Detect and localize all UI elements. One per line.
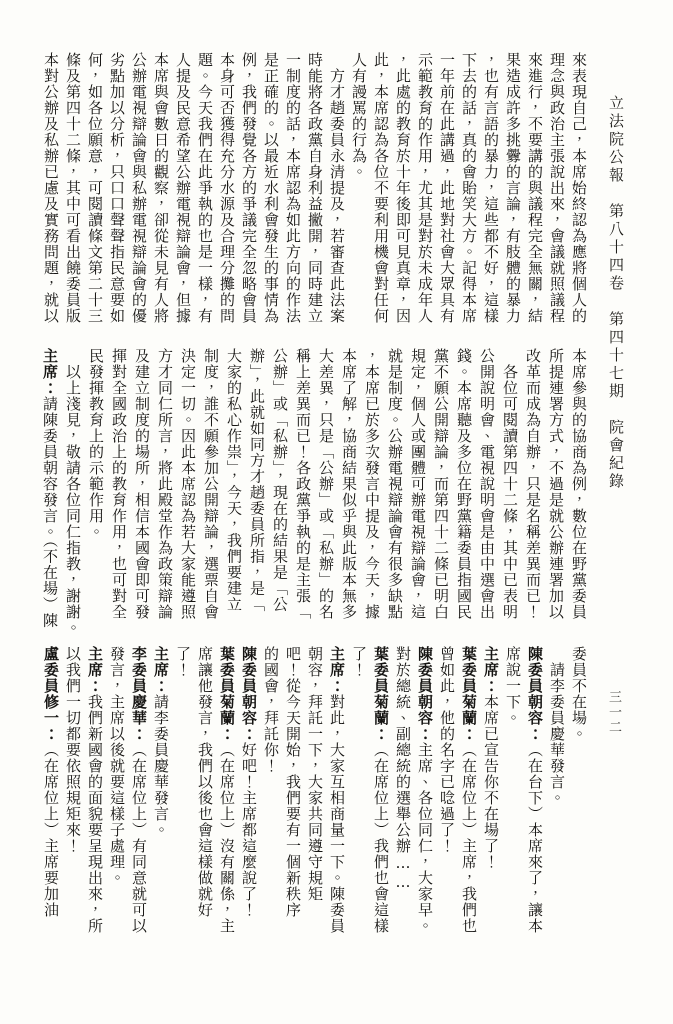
text-column: 主席：對此，大家互相商量一下。陳委員 <box>326 646 348 936</box>
text-column: 改革而成為自辦，只是名稱差異而已！ <box>521 348 544 638</box>
text-column: 下去的話，真的會貽笑大方。記得本席 <box>458 52 480 342</box>
text-column: 此，本席認為各位不要利用機會對任何 <box>370 52 392 342</box>
text-band-bottom: 委員不在場。 請李委員慶華發言。陳委員朝容：（在台下）本席來了，讓本席說一下。主… <box>40 646 590 936</box>
text-column: 一制度的話，本席認為如此方向的作法 <box>282 52 304 342</box>
page-text-content: 來表現自己，本席始終認為應將個人的理念與政治主張說出來，會議就照議程來進行，不要… <box>38 52 590 936</box>
text-column: 來進行，不要講的與議程完全無關，結 <box>524 52 546 342</box>
text-column: 主席：本席已宣告你不在場了！ <box>480 646 502 936</box>
text-column: 的國會，拜託你！ <box>260 646 282 936</box>
text-column: 李委員慶華：（在席位上）有同意就可以 <box>128 646 150 936</box>
text-column: 發言，主席以後就要這樣子處理。 <box>106 646 128 936</box>
text-column: 劣點加以分析，只口口聲聲指民意要如 <box>106 52 128 342</box>
speaker-name: 李委員慶華： <box>130 646 148 742</box>
text-column: 決定一切。因此本席認為若大家能遵照 <box>176 348 199 638</box>
speaker-name: 陳委員朝容： <box>526 646 544 742</box>
text-column: 請李委員慶華發言。 <box>546 646 568 936</box>
text-column: 盧委員修一：（在席位上）主席要加油 <box>40 646 62 936</box>
speaker-name: 主席： <box>328 646 346 694</box>
text-column: 陳委員朝容：好吧！主席都這麼說了！ <box>238 646 260 936</box>
text-column: 席說一下。 <box>502 646 524 936</box>
text-column: 果造成許多挑釁的言論，有肢體的暴力 <box>502 52 524 342</box>
text-column: 一年前在此講過，此地對社會大眾具有 <box>436 52 458 342</box>
text-band-middle: 本席參與的協商為例，數位在野黨委員所提連署方式，不過是就公辦連署加以改革而成為自… <box>38 348 590 638</box>
speaker-name: 葉委員菊蘭： <box>372 646 390 742</box>
text-column: 公開說明會、電視說明會是由中選會出 <box>475 348 498 638</box>
text-column: 理念與政治主張說出來，會議就照議程 <box>546 52 568 342</box>
text-column: 各位可閱讀第四十二條，其中已表明 <box>498 348 521 638</box>
text-column: 制度，誰不願參加公開辯論，選票自會 <box>199 348 222 638</box>
text-column: 以上淺見，敬請各位同仁指教，謝謝。 <box>61 348 84 638</box>
text-column: 曾如此，他的名字已唸過了！ <box>436 646 458 936</box>
text-column: 就是制度。公辦電視辯論會有很多缺點 <box>383 348 406 638</box>
text-column: 主席：請陳委員朝容發言。（不在場）陳 <box>38 348 61 638</box>
speaker-name: 主席： <box>152 646 170 694</box>
text-column: 葉委員菊蘭：（在席位上）沒有關係，主 <box>216 646 238 936</box>
text-column: 委員不在場。 <box>568 646 590 936</box>
text-column: 對於總統、副總統的選舉公辦…… <box>392 646 414 936</box>
text-column: 人提及民意希望公辦電視辯論會，但據 <box>172 52 194 342</box>
text-column: 條及第四十二條，其中可看出饒委員版 <box>62 52 84 342</box>
text-column: 方才同仁所言，將此殿堂作為政策辯論 <box>153 348 176 638</box>
text-band-top: 來表現自己，本席始終認為應將個人的理念與政治主張說出來，會議就照議程來進行，不要… <box>40 52 590 342</box>
text-column: 及建立制度的場所，相信本國會即可發 <box>130 348 153 638</box>
text-column: 陳委員朝容：主席、各位同仁，大家早。 <box>414 646 436 936</box>
text-column: 葉委員菊蘭：（在席位上）主席，我們也 <box>458 646 480 936</box>
text-column: 大家的私心作祟」，今天，我們要建立 <box>222 348 245 638</box>
text-column: 規定，個人或團體可辦電視辯論會，這 <box>406 348 429 638</box>
text-column: ，也有言語的暴力，這些都不好，這樣 <box>480 52 502 342</box>
text-column: 錢。本席聽及多位在野黨籍委員指國民 <box>452 348 475 638</box>
text-column: 以我們一切都要依照規矩來！ <box>62 646 84 936</box>
page-number: 三一二 <box>604 690 623 735</box>
text-column: 時能將各政黨自身利益撇開，同時建立 <box>304 52 326 342</box>
text-column: 例，我們發覺各方的爭議完全忽略會員 <box>238 52 260 342</box>
text-column: 本席參與的協商為例，數位在野黨委員 <box>567 348 590 638</box>
text-column: 方才趙委員永清提及，若審查此法案 <box>326 52 348 342</box>
speaker-name: 陳委員朝容： <box>416 646 434 742</box>
text-column: 黨不願公開辯論，而第四十二條已明白 <box>429 348 452 638</box>
text-column: 葉委員菊蘭：（在席位上）我們也會這樣 <box>370 646 392 936</box>
text-column: 主席：我們新國會的面貌要呈現出來，所 <box>84 646 106 936</box>
text-column: 主席：請李委員慶華發言。 <box>150 646 172 936</box>
text-column: 本席了解，協商結果似乎與此版本無多 <box>337 348 360 638</box>
text-column: 示範教育的作用，尤其是對於未成年人 <box>414 52 436 342</box>
text-column: 公辦」或「私辦」，現在的結果是「公 <box>268 348 291 638</box>
speaker-name: 葉委員菊蘭： <box>218 646 236 742</box>
text-column: 席讓他發言，我們以後也會這樣做就好 <box>194 646 216 936</box>
text-column: 公辦電視辯論會與私辦電視辯論會的優 <box>128 52 150 342</box>
speaker-name: 主席： <box>86 646 104 694</box>
text-column: 所提連署方式，不過是就公辦連署加以 <box>544 348 567 638</box>
text-column: 揮對全國政治上的教育作用，也可對全 <box>107 348 130 638</box>
text-column: ，本席已於多次發言中提及，今天，據 <box>360 348 383 638</box>
text-column: 人有謾罵的行為。 <box>348 52 370 342</box>
text-column: 吧！從今天開始，我們要有一個新秩序 <box>282 646 304 936</box>
text-column: 本對公辦及私辦已慮及實務問題，就以 <box>40 52 62 342</box>
text-column: ，此處的教育於十年後即可見真章，因 <box>392 52 414 342</box>
text-column: 民發揮教育上的示範作用。 <box>84 348 107 638</box>
gazette-scanned-page: 立法院公報 第八十四卷 第四十七期 院會紀錄 三一二 來表現自己，本席始終認為應… <box>0 0 673 1024</box>
text-column: 辦」，此就如同方才趙委員所指，是「 <box>245 348 268 638</box>
text-column: 陳委員朝容：（在台下）本席來了，讓本 <box>524 646 546 936</box>
text-column: 大差異，只是「公辦」或「私辦」的名 <box>314 348 337 638</box>
speaker-name: 盧委員修一： <box>42 646 60 742</box>
text-column: 來表現自己，本席始終認為應將個人的 <box>568 52 590 342</box>
text-column: 本席與會數日的觀察，卻從未見有人將 <box>150 52 172 342</box>
text-column: 稱上差異而已！各政黨爭執的是主張「 <box>291 348 314 638</box>
text-column: 何，如各位願意，可閱讀條文第二十三 <box>84 52 106 342</box>
text-column: 是正確的。以最近水利會發生的事情為 <box>260 52 282 342</box>
speaker-name: 主席： <box>41 348 59 396</box>
text-column: 本身可否獲得充分水源及合理分攤的問 <box>216 52 238 342</box>
text-column: 題。今天我們在此爭執的也是一樣，有 <box>194 52 216 342</box>
speaker-name: 葉委員菊蘭： <box>460 646 478 742</box>
gazette-masthead-title: 立法院公報 第八十四卷 第四十七期 院會紀錄 <box>606 95 627 491</box>
speaker-name: 主席： <box>482 646 500 694</box>
speaker-name: 陳委員朝容： <box>240 646 258 742</box>
text-column: 了！ <box>348 646 370 936</box>
text-column: 朝容，拜託一下，大家共同遵守規矩 <box>304 646 326 936</box>
text-column: 了！ <box>172 646 194 936</box>
